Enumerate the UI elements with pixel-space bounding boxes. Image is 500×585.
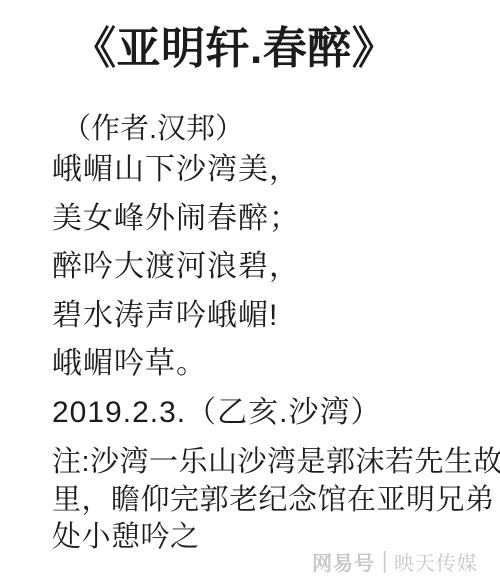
watermark-divider: | <box>382 548 387 574</box>
poem-line-3: 醉吟大渡河浪碧， <box>52 243 381 292</box>
note-line-1: 注:沙湾一乐山沙湾是郭沫若先生故 <box>52 444 500 482</box>
poem-page: 《亚明轩.春醉》 （作者.汉邦） 峨嵋山下沙湾美， 美女峰外闹春醉； 醉吟大渡河… <box>0 0 500 585</box>
date-line: 2019.2.3.（乙亥.沙湾） <box>52 389 381 438</box>
poem-title: 《亚明轩.春醉》 <box>72 12 396 76</box>
watermark-channel-name: 映天传媒 <box>394 547 478 576</box>
poem-line-1: 峨嵋山下沙湾美， <box>52 146 381 195</box>
poem-line-2: 美女峰外闹春醉； <box>52 195 381 244</box>
note-line-2: 里，瞻仰完郭老纪念馆在亚明兄弟 <box>52 482 500 520</box>
poem-body: 峨嵋山下沙湾美， 美女峰外闹春醉； 醉吟大渡河浪碧， 碧水涛声吟峨嵋! 峨嵋吟草… <box>52 146 381 437</box>
netease-hao-logo: 网易号 <box>312 547 375 576</box>
author-line: （作者.汉邦） <box>62 106 244 147</box>
note-paragraph: 注:沙湾一乐山沙湾是郭沫若先生故 里，瞻仰完郭老纪念馆在亚明兄弟 处小憩吟之 <box>52 444 500 557</box>
poem-line-4: 碧水涛声吟峨嵋! <box>52 292 381 341</box>
poem-line-5: 峨嵋吟草。 <box>52 340 381 389</box>
watermark: 网易号 | 映天传媒 <box>312 547 478 576</box>
